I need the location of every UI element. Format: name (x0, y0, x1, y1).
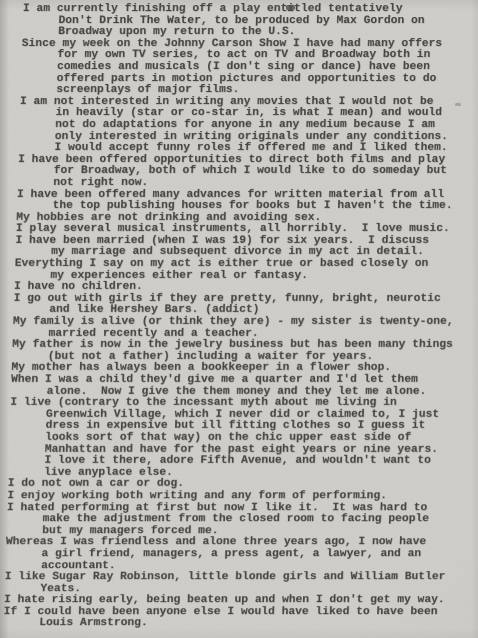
statement-entry: I enjoy working both writing and any for… (7, 491, 448, 503)
statement-entry: I go out with girls if they are pretty, … (13, 294, 454, 317)
text-line: I am currently finishing off a play enti… (23, 4, 464, 16)
ink-smudge (455, 103, 461, 106)
text-line: When I was a child they'd give me a quar… (11, 375, 452, 387)
text-line: I love it there, adore Fifth Avenue, and… (44, 456, 449, 468)
text-line: Louis Armstrong. (39, 618, 444, 630)
text-line: I like Sugar Ray Robinson, little blonde… (4, 572, 445, 584)
text-line: a girl friend, managers, a press agent, … (41, 549, 446, 561)
text-line: make the adjustment from the closed room… (42, 514, 447, 526)
text-line: the top publishing houses for books but … (52, 201, 457, 213)
statement-entry: I have been offered opportunities to dir… (17, 155, 459, 190)
statement-entry: Everything I say on my act is either tru… (14, 259, 455, 282)
statement-entry: I live (contrary to the incessant myth a… (8, 398, 451, 479)
text-line: not right now. (53, 178, 458, 190)
text-line: I enjoy working both writing and any for… (7, 491, 448, 503)
ink-blot-mark (286, 5, 295, 10)
statement-entry: Whereas I was friendless and alone three… (5, 537, 447, 572)
statement-entry: I hated performing at first but now I li… (6, 503, 448, 538)
text-line: comedies and musicals (I don't sing or d… (57, 62, 462, 74)
statement-entry: I am currently finishing off a play enti… (22, 4, 464, 39)
statement-entry: My family is alive (or think they are) -… (12, 317, 453, 340)
text-line: not do adaptations for anyone in any med… (55, 120, 460, 132)
statement-entry: I like Sugar Ray Robinson, little blonde… (4, 572, 445, 595)
statement-entry: I have been offered many advances for wr… (16, 190, 457, 213)
text-line: looks sort of that way) on the chic uppe… (45, 433, 450, 445)
text-line: screenplays of major films. (56, 85, 461, 97)
text-line: Everything I say on my act is either tru… (14, 259, 455, 271)
scanned-document: { "colors": { "paper": "#d4d3cf", "ink":… (0, 0, 478, 638)
statement-entry: I have been married (when I was 19) for … (15, 236, 456, 259)
statement-entry: I am not interested in writing any movie… (18, 97, 461, 155)
statement-entry: Since my week on the Johnny Carson Show … (20, 39, 463, 97)
statement-entry: If I could have been anyone else I would… (3, 607, 444, 630)
text-line: I would accept funny roles if offered me… (54, 143, 459, 155)
typewritten-text: I am currently finishing off a play enti… (3, 4, 464, 630)
text-line: My family is alive (or think they are) -… (13, 317, 454, 329)
statement-entry: When I was a child they'd give me a quar… (10, 375, 451, 398)
statement-entry: My father is now in the jewelry business… (12, 340, 453, 363)
